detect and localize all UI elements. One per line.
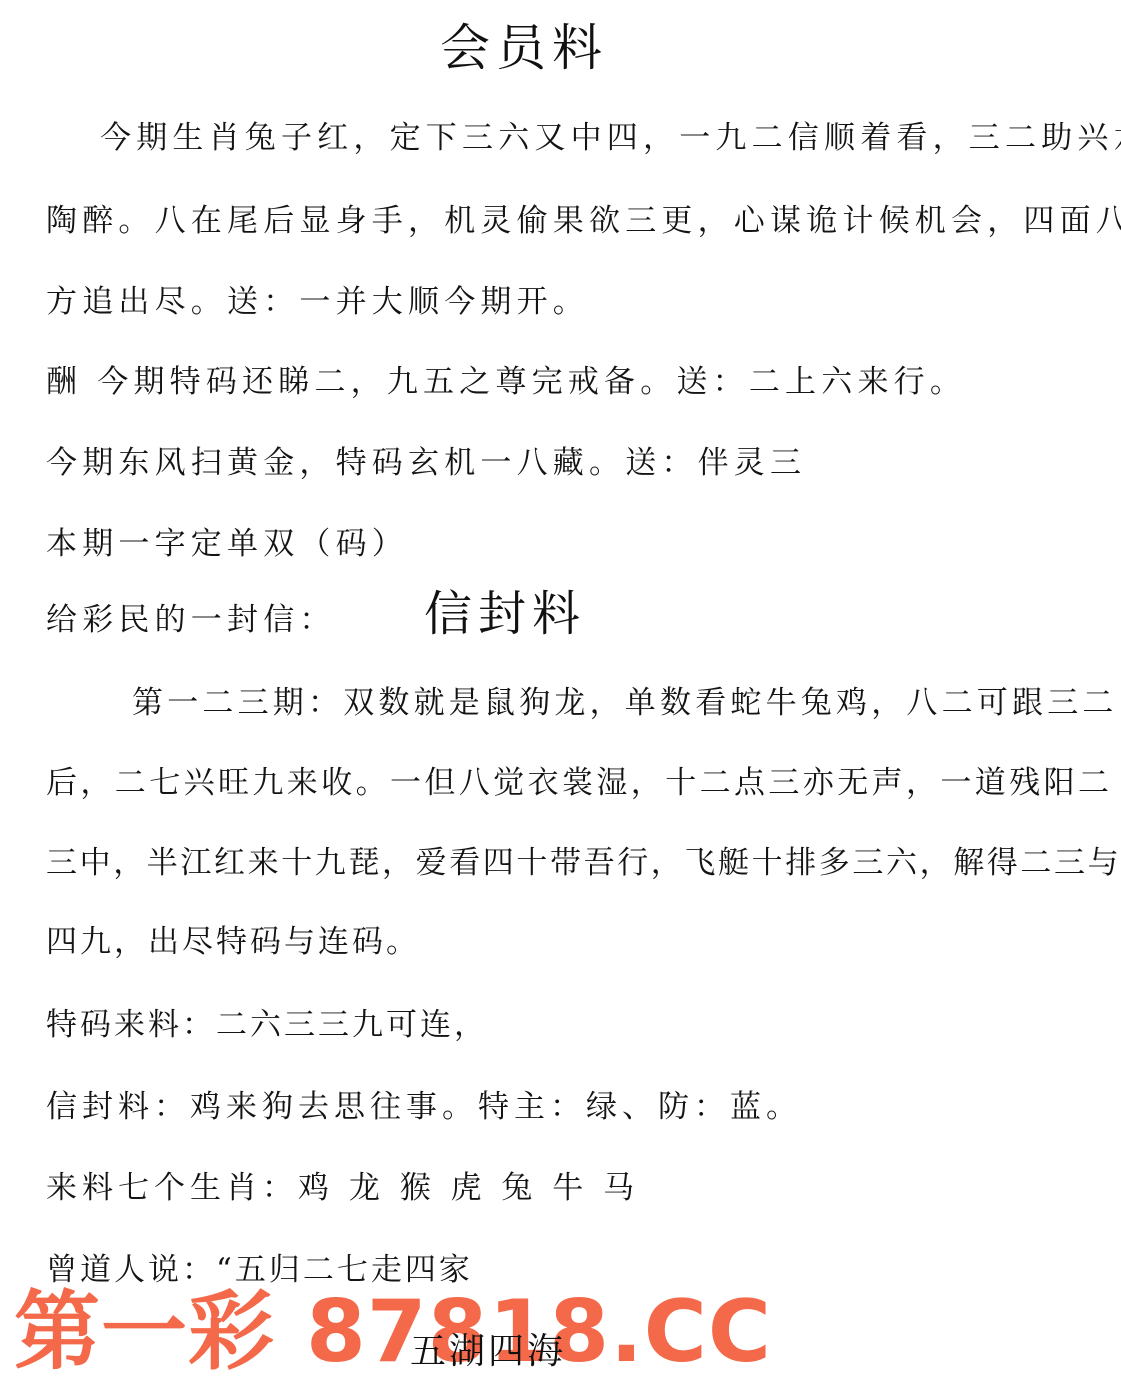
member-line-4: 酬 今期特码还睇二，九五之尊完戒备。送：二上六来行。 <box>46 362 966 402</box>
letter-line-1: 第一二三期：双数就是鼠狗龙，单数看蛇牛兔鸡，八二可跟三二 <box>132 683 1118 723</box>
member-line-1: 今期生肖兔子红，定下三六又中四，一九二信顺着看，三二助兴六 <box>100 118 1121 158</box>
letter-intro: 给彩民的一封信： <box>46 600 336 640</box>
seven-zodiacs-line: 来料七个生肖：鸡 龙 猴 虎 兔 牛 马 <box>46 1168 639 1208</box>
member-line-3: 方追出尽。送：一并大顺今期开。 <box>46 282 589 322</box>
special-code-line: 特码来料：二六三三九可连， <box>46 1005 488 1045</box>
envelope-line: 信封料：鸡来狗去思往事。特主：绿、防：蓝。 <box>46 1087 802 1127</box>
member-line-6: 本期一字定单双（码） <box>46 524 408 564</box>
letter-line-4: 四九，出尽特码与连码。 <box>46 922 420 962</box>
member-line-5: 今期东风扫黄金，特码玄机一八藏。送：伴灵三 <box>46 443 806 483</box>
letter-line-2: 后，二七兴旺九来收。一但八觉衣裳湿，十二点三亦无声，一道残阳二 <box>46 763 1112 803</box>
footer-title: 五湖四海 <box>410 1330 566 1374</box>
site-watermark: 第一彩 87818.CC <box>14 1282 772 1382</box>
document-page: 会员料 今期生肖兔子红，定下三六又中四，一九二信顺着看，三二助兴六 陶醉。八在尾… <box>0 0 1121 1388</box>
letter-line-3: 三中，半江红来十九琵，爱看四十带吾行，飞艇十排多三六，解得二三与 <box>46 843 1121 883</box>
member-line-2: 陶醉。八在尾后显身手，机灵偷果欲三更，心谋诡计候机会，四面八 <box>46 201 1121 241</box>
letter-section-title: 信封料 <box>424 586 586 642</box>
member-section-title: 会员料 <box>440 20 608 76</box>
